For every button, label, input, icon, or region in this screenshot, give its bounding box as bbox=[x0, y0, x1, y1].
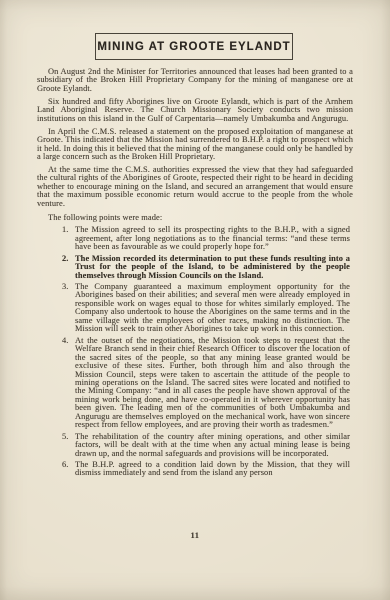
paragraph-3: In April the C.M.S. released a statement… bbox=[37, 128, 353, 162]
list-item-3: 3. The Company guaranteed a maximum empl… bbox=[62, 283, 350, 334]
page-number: 11 bbox=[0, 530, 390, 540]
list-item-text: The B.H.P. agreed to a condition laid do… bbox=[75, 461, 350, 478]
list-item-text: The Mission recorded its determination t… bbox=[75, 255, 350, 280]
list-item-number: 6. bbox=[62, 461, 75, 478]
article-body: On August 2nd the Minister for Territori… bbox=[37, 68, 353, 481]
list-item-number: 1. bbox=[62, 226, 75, 251]
list-item-text: At the outset of the negotiations, the M… bbox=[75, 337, 350, 430]
list-item-number: 3. bbox=[62, 283, 75, 334]
paragraph-4: At the same time the C.M.S. authorities … bbox=[37, 166, 353, 208]
list-item-6: 6. The B.H.P. agreed to a condition laid… bbox=[62, 461, 350, 478]
list-item-number: 2. bbox=[62, 255, 75, 280]
list-item-number: 4. bbox=[62, 337, 75, 430]
scanned-document-page: MINING AT GROOTE EYLANDT On August 2nd t… bbox=[0, 0, 390, 600]
article-title-box: MINING AT GROOTE EYLANDT bbox=[95, 33, 293, 60]
list-item-text: The Mission agreed to sell its prospecti… bbox=[75, 226, 350, 251]
list-item-1: 1. The Mission agreed to sell its prospe… bbox=[62, 226, 350, 251]
list-item-text: The rehabilitation of the country after … bbox=[75, 433, 350, 458]
list-item-number: 5. bbox=[62, 433, 75, 458]
paragraph-1: On August 2nd the Minister for Territori… bbox=[37, 68, 353, 93]
list-intro: The following points were made: bbox=[37, 214, 353, 222]
page-title: MINING AT GROOTE EYLANDT bbox=[97, 41, 290, 53]
numbered-points-list: 1. The Mission agreed to sell its prospe… bbox=[37, 226, 353, 478]
paragraph-2: Six hundred and fifty Aborigines live on… bbox=[37, 98, 353, 123]
list-item-text: The Company guaranteed a maximum employm… bbox=[75, 283, 350, 334]
list-item-5: 5. The rehabilitation of the country aft… bbox=[62, 433, 350, 458]
list-item-4: 4. At the outset of the negotiations, th… bbox=[62, 337, 350, 430]
list-item-2: 2. The Mission recorded its determinatio… bbox=[62, 255, 350, 280]
